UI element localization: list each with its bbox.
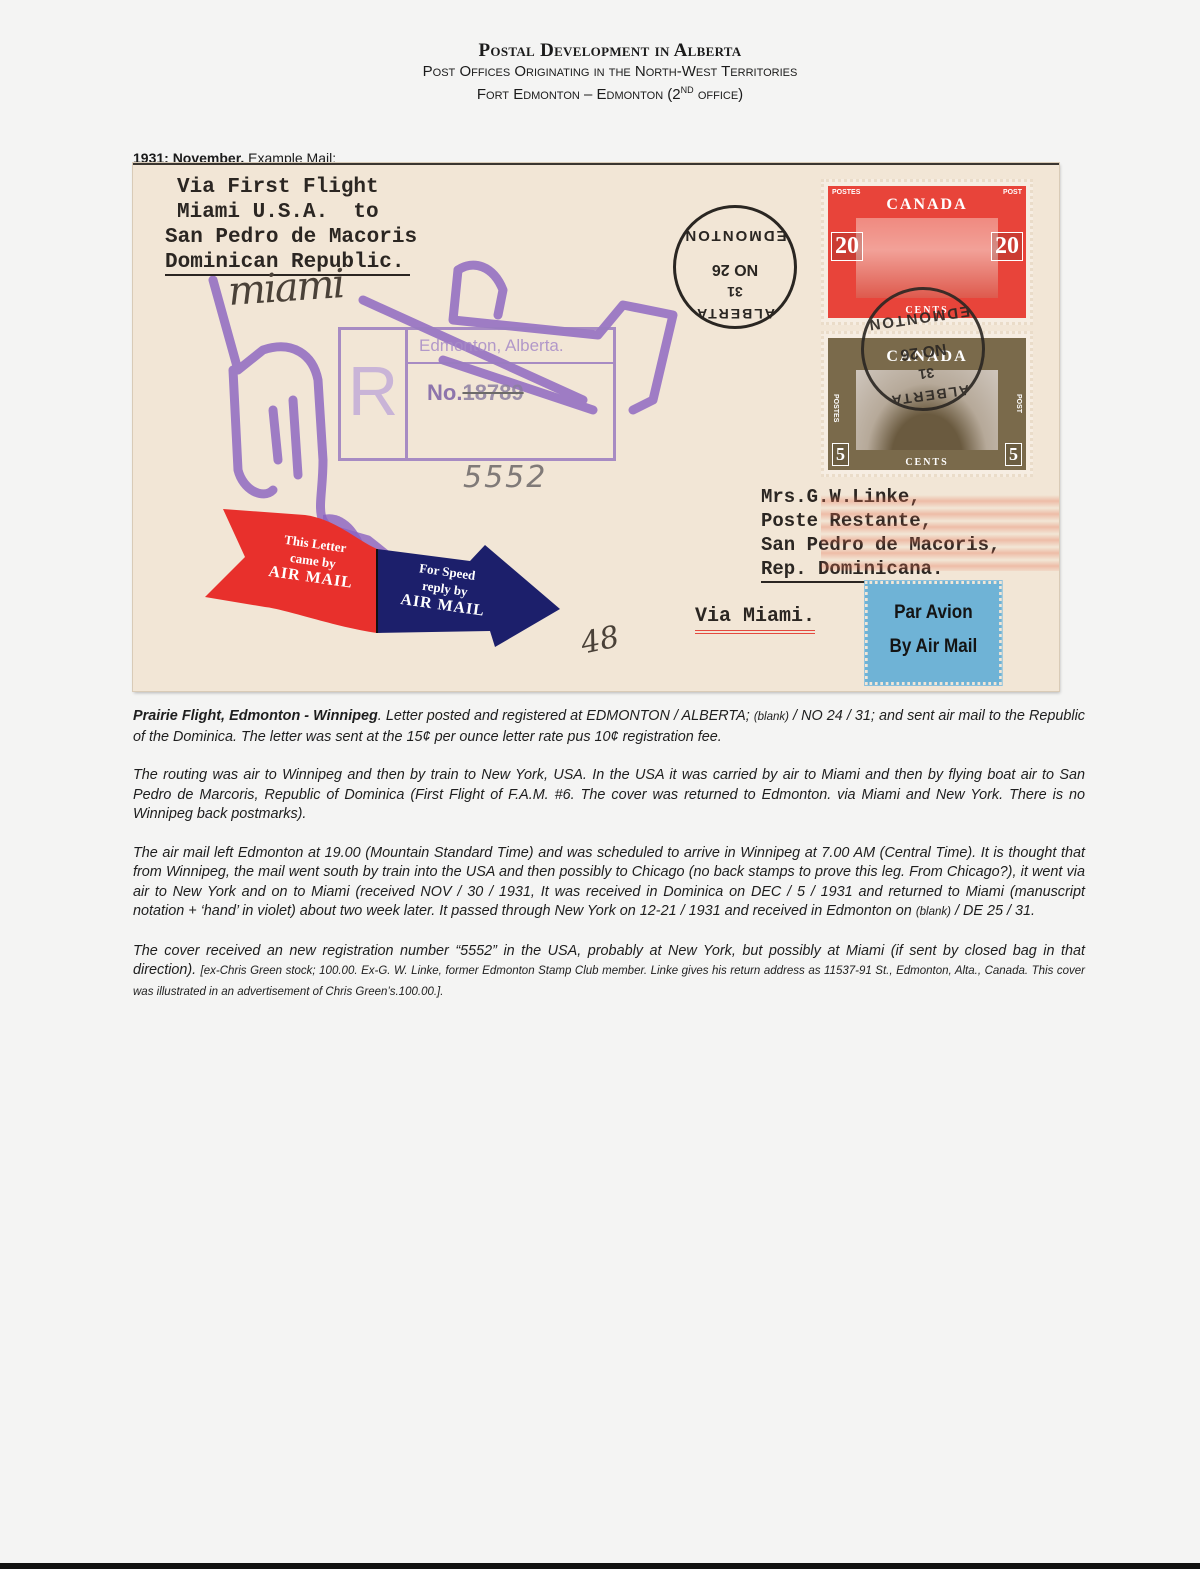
address-line: Poste Restante, <box>761 509 1000 533</box>
cover-description: Prairie Flight, Edmonton - Winnipeg. Let… <box>133 707 1085 1021</box>
address-line: San Pedro de Macoris, <box>761 533 1000 557</box>
new-registration-number: 5552 <box>463 460 547 495</box>
description-text: / DE 25 / 31. <box>951 903 1035 919</box>
description-paragraph: The air mail left Edmonton at 19.00 (Mou… <box>133 844 1085 923</box>
stamp-side-text: POST <box>1015 394 1022 413</box>
address-line: Mrs.G.W.Linke, <box>761 485 1000 509</box>
par-avion-label: Par Avion By Air Mail <box>865 581 1002 685</box>
page-bottom-edge <box>0 1563 1200 1569</box>
postmark-bottom: EDMONTON <box>859 301 978 334</box>
pencil-note: 48 <box>578 619 623 661</box>
edmonton-postmark: ALBERTA 31 NO 26 EDMONTON <box>673 205 797 329</box>
description-paragraph: The routing was air to Winnipeg and then… <box>133 766 1085 825</box>
first-flight-text: Via First Flight Miami U.S.A. to San Ped… <box>165 175 417 275</box>
postmark-bottom: EDMONTON <box>676 227 794 244</box>
routing-instruction: Via Miami. <box>695 605 815 628</box>
registration-divider <box>408 362 613 364</box>
stamp-denomination: CENTS <box>828 457 1026 468</box>
description-blank: (blank) <box>754 711 789 723</box>
via-miami-text: Via Miami. <box>695 605 815 634</box>
office-line: Fort Edmonton – Edmonton (2ND office) <box>0 81 1200 104</box>
postmark-top: ALBERTA <box>676 306 794 322</box>
stamp-corner-text: POST <box>1003 189 1022 196</box>
page-title: Postal Development in Alberta <box>0 40 1200 62</box>
stamp-value: 20 <box>991 232 1023 261</box>
airmail-arrow-label: This Letter came by AIR MAIL For Speed r… <box>205 509 565 649</box>
registration-office: Edmonton, Alberta. <box>419 336 564 356</box>
registration-letter: R <box>341 330 408 458</box>
description-lead: Prairie Flight, Edmonton - Winnipeg <box>133 708 378 724</box>
office-line-post: office) <box>694 86 744 103</box>
description-paragraph: The cover received an new registration n… <box>133 942 1085 1003</box>
address-line: Rep. Dominicana. <box>761 557 943 583</box>
struck-registration-number: 18789 <box>462 380 523 405</box>
description-blank: (blank) <box>916 906 951 918</box>
manuscript-notation: miami <box>227 261 345 315</box>
registration-no-label: No. <box>427 380 462 405</box>
registration-number: No.18789 <box>427 380 524 406</box>
stamp-side-text: POSTES <box>832 394 839 422</box>
description-text: . Letter posted and registered at EDMONT… <box>378 708 754 724</box>
first-flight-line: Miami U.S.A. to <box>165 200 417 225</box>
cover-envelope: Via First Flight Miami U.S.A. to San Ped… <box>133 163 1059 691</box>
stamp-corner-text: POSTES <box>832 189 860 196</box>
description-provenance: [ex-Chris Green stock; 100.00. Ex-G. W. … <box>133 965 1085 998</box>
recipient-address: Mrs.G.W.Linke, Poste Restante, San Pedro… <box>761 485 1000 583</box>
first-flight-line: San Pedro de Macoris <box>165 225 417 250</box>
stamp-value: 20 <box>831 232 863 261</box>
first-flight-line: Via First Flight <box>165 175 417 200</box>
by-air-mail-text: By Air Mail <box>868 636 999 658</box>
postmark-date: NO 26 <box>676 260 794 278</box>
par-avion-text: Par Avion <box>868 602 999 624</box>
office-line-pre: Fort Edmonton – Edmonton (2 <box>477 86 681 103</box>
stamp-country: CANADA <box>828 196 1026 214</box>
description-paragraph: Prairie Flight, Edmonton - Winnipeg. Let… <box>133 707 1085 747</box>
postmark-year: 31 <box>676 284 794 300</box>
office-line-sup: ND <box>681 85 694 95</box>
registration-label: R Edmonton, Alberta. No.18789 <box>338 327 616 461</box>
page-subtitle: Post Offices Originating in the North-We… <box>0 62 1200 81</box>
page-header: Postal Development in Alberta Post Offic… <box>0 40 1200 104</box>
